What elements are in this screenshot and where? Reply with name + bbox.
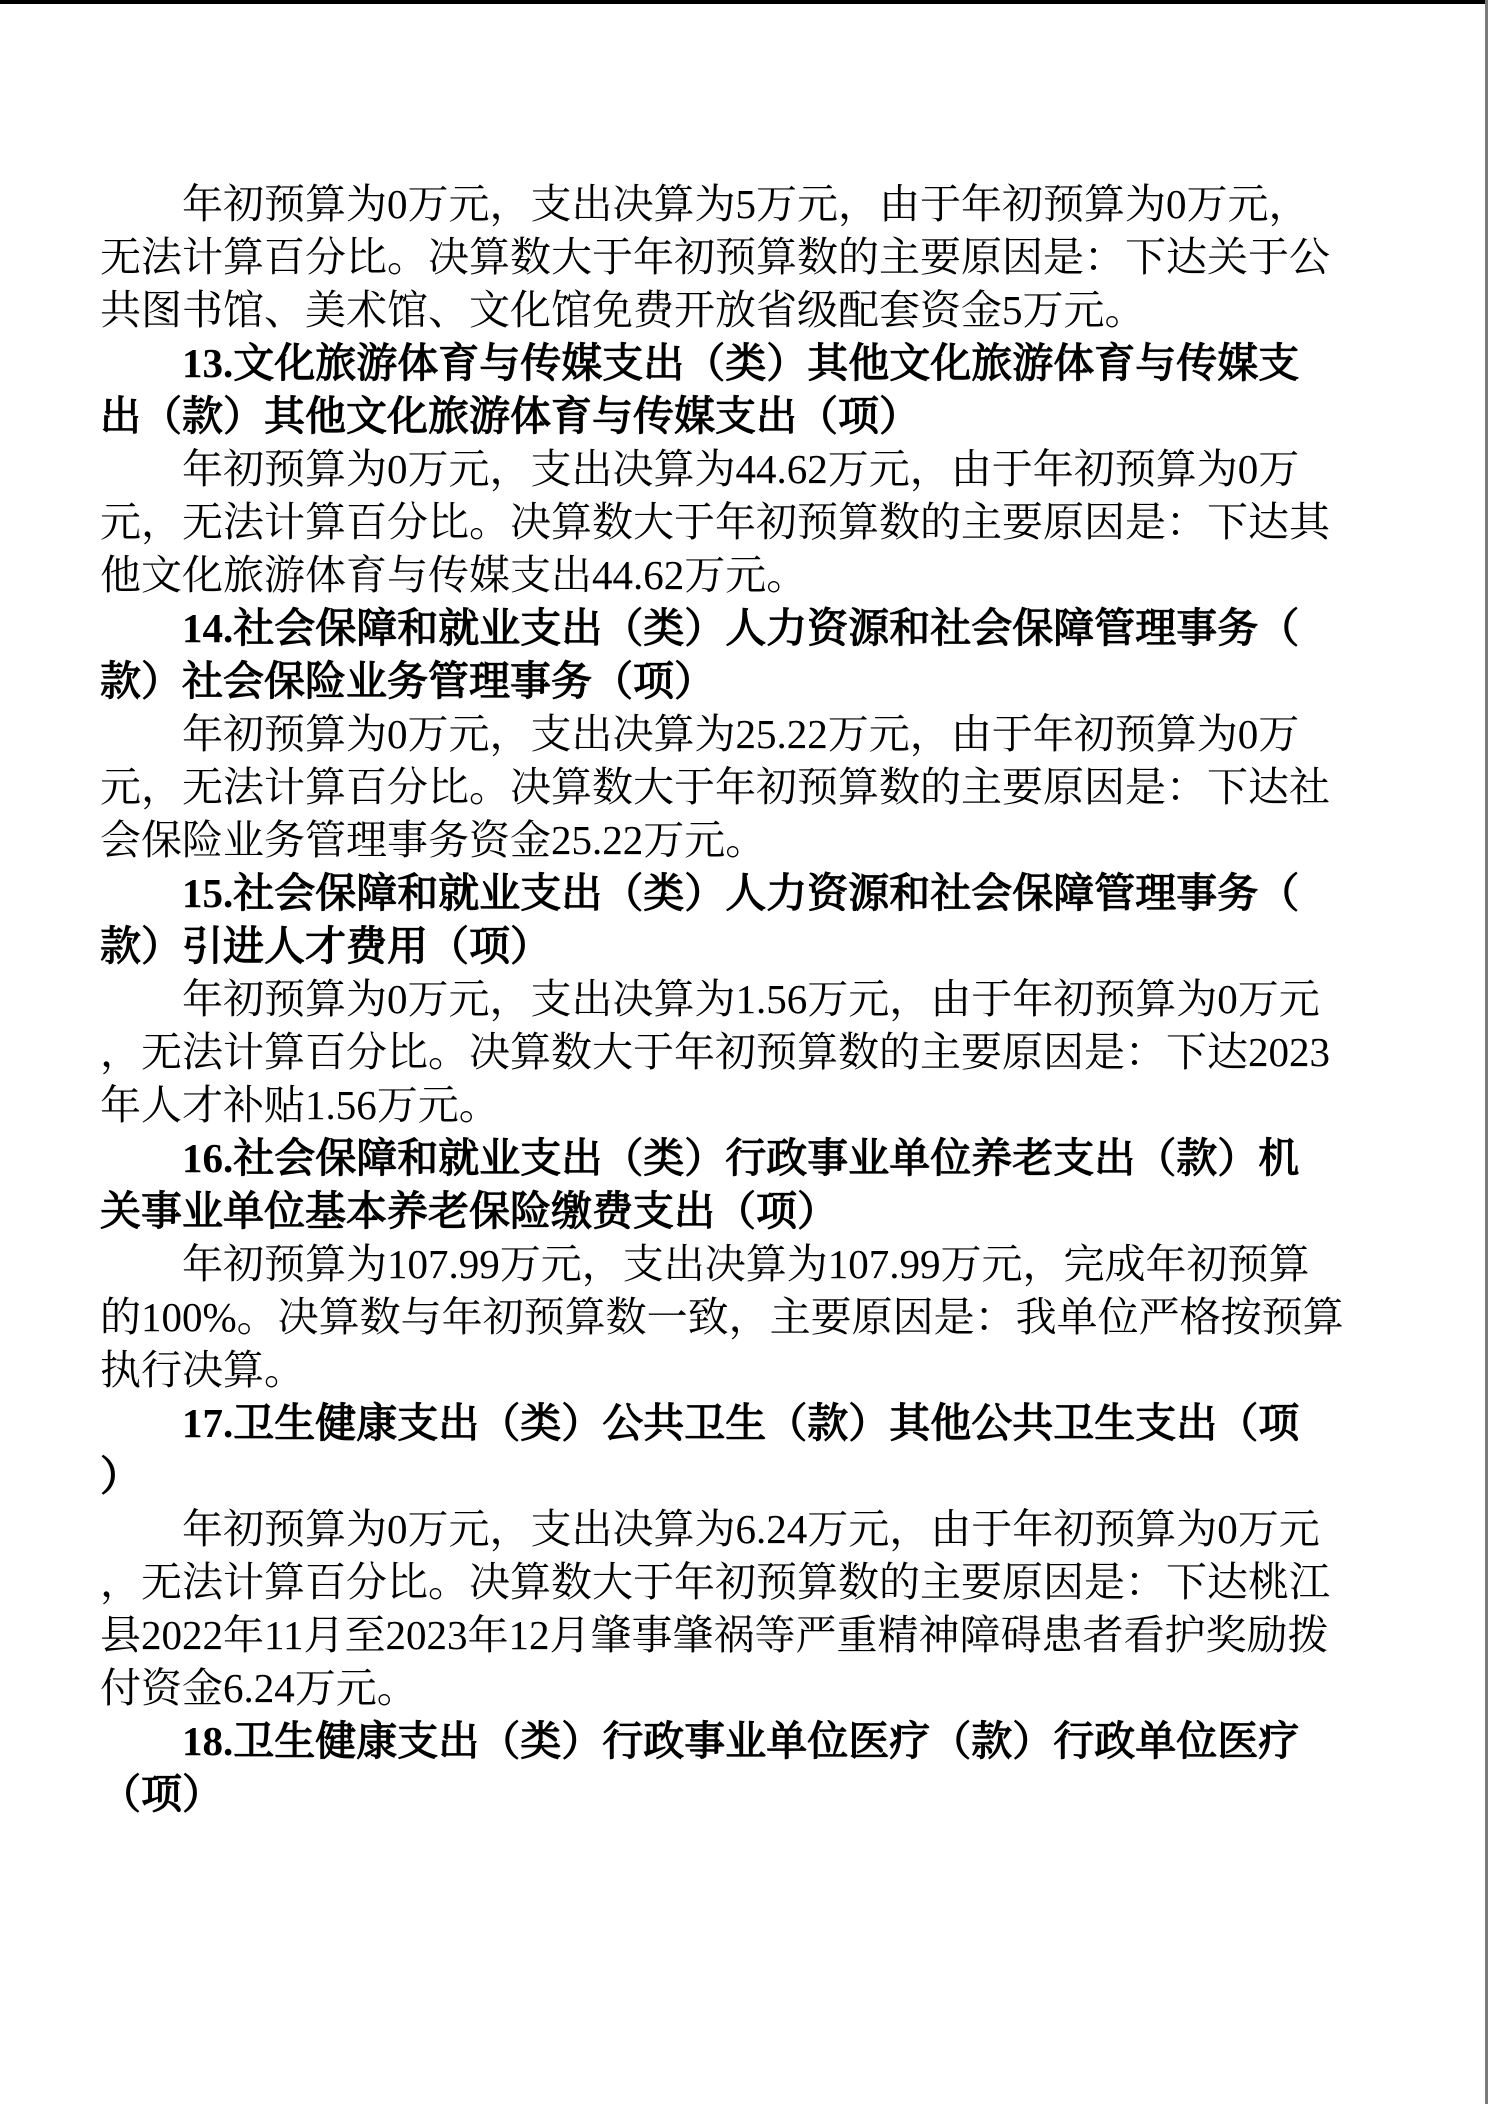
paragraph-line: 年初预算为0万元，支出决算为25.22万元，由于年初预算为0万 xyxy=(100,708,1340,761)
paragraph-line: 会保险业务管理事务资金25.22万元。 xyxy=(100,814,1340,867)
section-heading-line: 16.社会保障和就业支出（类）行政事业单位养老支出（款）机 xyxy=(100,1132,1340,1185)
section-heading-line: 关事业单位基本养老保险缴费支出（项） xyxy=(100,1185,1340,1238)
section-heading-line: （项） xyxy=(100,1768,1340,1821)
paragraph-line: 无法计算百分比。决算数大于年初预算数的主要原因是：下达关于公 xyxy=(100,231,1340,284)
paragraph-line: 县2022年11月至2023年12月肇事肇祸等严重精神障碍患者看护奖励拨 xyxy=(100,1609,1340,1662)
paragraph-line: 年初预算为0万元，支出决算为1.56万元，由于年初预算为0万元 xyxy=(100,973,1340,1026)
paragraph-line: 年初预算为107.99万元，支出决算为107.99万元，完成年初预算 xyxy=(100,1238,1340,1291)
section-heading-line: ） xyxy=(100,1450,1340,1503)
paragraph-line: 年初预算为0万元，支出决算为5万元，由于年初预算为0万元， xyxy=(100,178,1340,231)
paragraph-line: 的100%。决算数与年初预算数一致，主要原因是：我单位严格按预算 xyxy=(100,1291,1340,1344)
paragraph-line: 他文化旅游体育与传媒支出44.62万元。 xyxy=(100,549,1340,602)
document-page: 年初预算为0万元，支出决算为5万元，由于年初预算为0万元，无法计算百分比。决算数… xyxy=(0,0,1488,2104)
section-heading-line: 13.文化旅游体育与传媒支出（类）其他文化旅游体育与传媒支 xyxy=(100,337,1340,390)
section-heading-line: 14.社会保障和就业支出（类）人力资源和社会保障管理事务（ xyxy=(100,602,1340,655)
section-heading-line: 15.社会保障和就业支出（类）人力资源和社会保障管理事务（ xyxy=(100,867,1340,920)
section-heading-line: 出（款）其他文化旅游体育与传媒支出（项） xyxy=(100,390,1340,443)
paragraph-line: 共图书馆、美术馆、文化馆免费开放省级配套资金5万元。 xyxy=(100,284,1340,337)
paragraph-line: 年初预算为0万元，支出决算为44.62万元，由于年初预算为0万 xyxy=(100,443,1340,496)
section-heading-line: 款）引进人才费用（项） xyxy=(100,920,1340,973)
paragraph-line: ，无法计算百分比。决算数大于年初预算数的主要原因是：下达2023 xyxy=(100,1026,1340,1079)
paragraph-line: 执行决算。 xyxy=(100,1344,1340,1397)
paragraph-line: 年初预算为0万元，支出决算为6.24万元，由于年初预算为0万元 xyxy=(100,1503,1340,1556)
paragraph-line: 元，无法计算百分比。决算数大于年初预算数的主要原因是：下达其 xyxy=(100,496,1340,549)
paragraph-line: 付资金6.24万元。 xyxy=(100,1662,1340,1715)
section-heading-line: 18.卫生健康支出（类）行政事业单位医疗（款）行政单位医疗 xyxy=(100,1715,1340,1768)
section-heading-line: 17.卫生健康支出（类）公共卫生（款）其他公共卫生支出（项 xyxy=(100,1397,1340,1450)
page-top-border xyxy=(0,0,1488,4)
paragraph-line: 年人才补贴1.56万元。 xyxy=(100,1079,1340,1132)
paragraph-line: 元，无法计算百分比。决算数大于年初预算数的主要原因是：下达社 xyxy=(100,761,1340,814)
section-heading-line: 款）社会保险业务管理事务（项） xyxy=(100,655,1340,708)
document-content: 年初预算为0万元，支出决算为5万元，由于年初预算为0万元，无法计算百分比。决算数… xyxy=(100,178,1340,1821)
paragraph-line: ，无法计算百分比。决算数大于年初预算数的主要原因是：下达桃江 xyxy=(100,1556,1340,1609)
